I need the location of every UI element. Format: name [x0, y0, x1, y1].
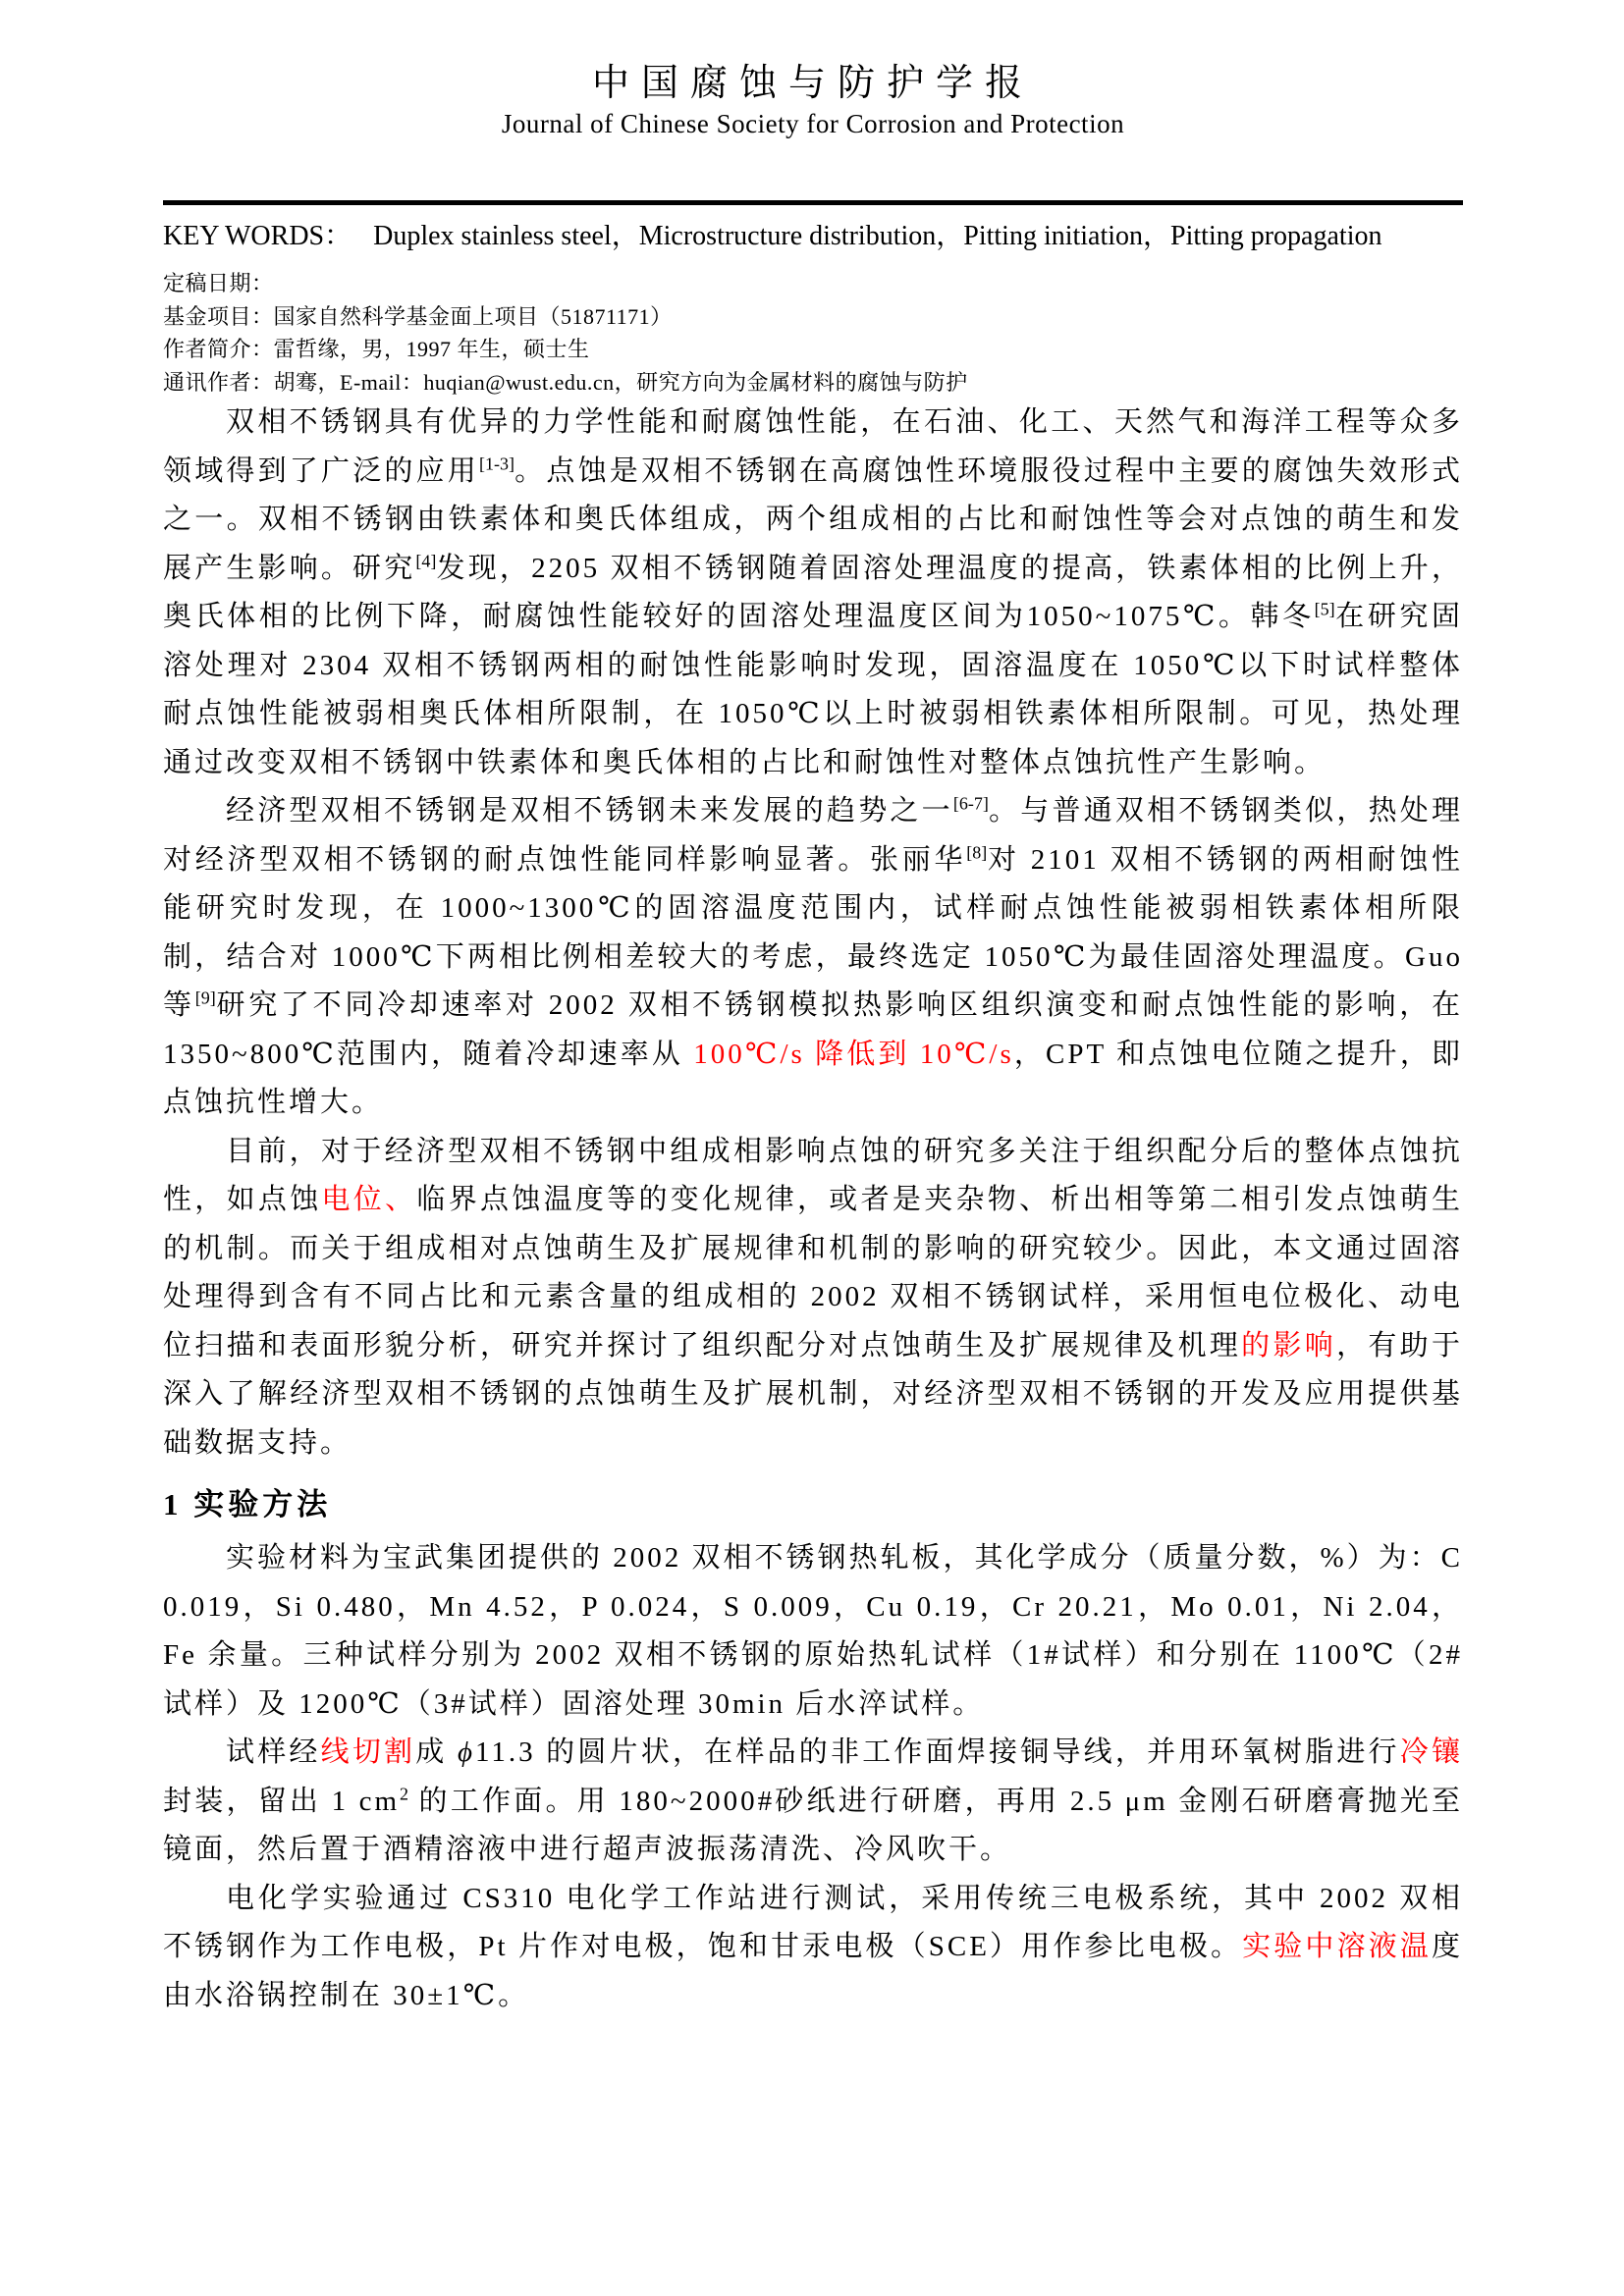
text-run: 11.3 的圆片状，在样品的非工作面焊接铜导线，并用环氧树脂进行 — [475, 1736, 1400, 1768]
revision-marked-text: 电位、 — [322, 1184, 417, 1215]
meta-author-bio: 作者简介：雷哲缘，男，1997 年生，硕士生 — [163, 333, 1463, 366]
citation-ref-4: [4] — [415, 551, 436, 570]
text-run: 成 — [415, 1736, 458, 1768]
paragraph-method-1: 实验材料为宝武集团提供的 2002 双相不锈钢热轧板，其化学成分（质量分数，%）… — [163, 1534, 1463, 1729]
text-run: 试样经 — [226, 1736, 321, 1768]
citation-ref-1-3: [1-3] — [479, 454, 514, 473]
citation-ref-5: [5] — [1315, 599, 1335, 618]
revision-marked-text: 实验中溶液温 — [1242, 1931, 1432, 1962]
text-run: 封装，留出 1 cm — [163, 1786, 400, 1817]
paragraph-method-2: 试样经线切割成 ϕ11.3 的圆片状，在样品的非工作面焊接铜导线，并用环氧树脂进… — [163, 1729, 1463, 1875]
journal-header: 中国腐蚀与防护学报 Journal of Chinese Society for… — [163, 61, 1463, 141]
paragraph-intro-1: 双相不锈钢具有优异的力学性能和耐腐蚀性能，在石油、化工、天然气和海洋工程等众多领… — [163, 399, 1463, 787]
manuscript-meta-block: 定稿日期： 基金项目：国家自然科学基金面上项目（51871171） 作者简介：雷… — [163, 267, 1463, 399]
citation-ref-8: [8] — [966, 842, 987, 862]
journal-title-chinese: 中国腐蚀与防护学报 — [163, 61, 1463, 106]
meta-corresponding-author: 通讯作者：胡骞，E-mail：huqian@wust.edu.cn，研究方向为金… — [163, 366, 1463, 400]
paragraph-method-3: 电化学实验通过 CS310 电化学工作站进行测试，采用传统三电极系统，其中 20… — [163, 1875, 1463, 2021]
revision-marked-text: 冷镶 — [1400, 1736, 1463, 1768]
meta-finalized-date: 定稿日期： — [163, 267, 1463, 300]
superscript-squared: 2 — [400, 1784, 408, 1803]
header-divider — [163, 200, 1463, 205]
journal-title-english: Journal of Chinese Society for Corrosion… — [163, 106, 1463, 141]
section-heading-experimental-method: 1 实验方法 — [163, 1483, 1463, 1526]
paragraph-intro-3: 目前，对于经济型双相不锈钢中组成相影响点蚀的研究多关注于组织配分后的整体点蚀抗性… — [163, 1128, 1463, 1468]
text-run: 实验材料为宝武集团提供的 2002 双相不锈钢热轧板，其化学成分（质量分数，%）… — [163, 1542, 1463, 1720]
citation-ref-6-7: [6-7] — [953, 793, 989, 813]
keywords-text: Duplex stainless steel，Microstructure di… — [373, 221, 1381, 251]
text-run: 经济型双相不锈钢是双相不锈钢未来发展的趋势之一 — [226, 795, 953, 827]
phi-symbol: ϕ — [458, 1736, 475, 1768]
paragraph-intro-2: 经济型双相不锈钢是双相不锈钢未来发展的趋势之一[6-7]。与普通双相不锈钢类似，… — [163, 787, 1463, 1128]
keywords-label: KEY WORDS： — [163, 221, 373, 251]
revision-marked-text: 的影响 — [1241, 1330, 1336, 1362]
revision-marked-text: 线切割 — [321, 1736, 416, 1768]
meta-fund-project: 基金项目：国家自然科学基金面上项目（51871171） — [163, 300, 1463, 334]
document-page: 中国腐蚀与防护学报 Journal of Chinese Society for… — [0, 0, 1624, 2296]
revision-marked-text: 100℃/s 降低到 10℃/s — [693, 1039, 1013, 1070]
citation-ref-9: [9] — [195, 988, 216, 1007]
keywords-line: KEY WORDS：Duplex stainless steel，Microst… — [163, 209, 1463, 263]
